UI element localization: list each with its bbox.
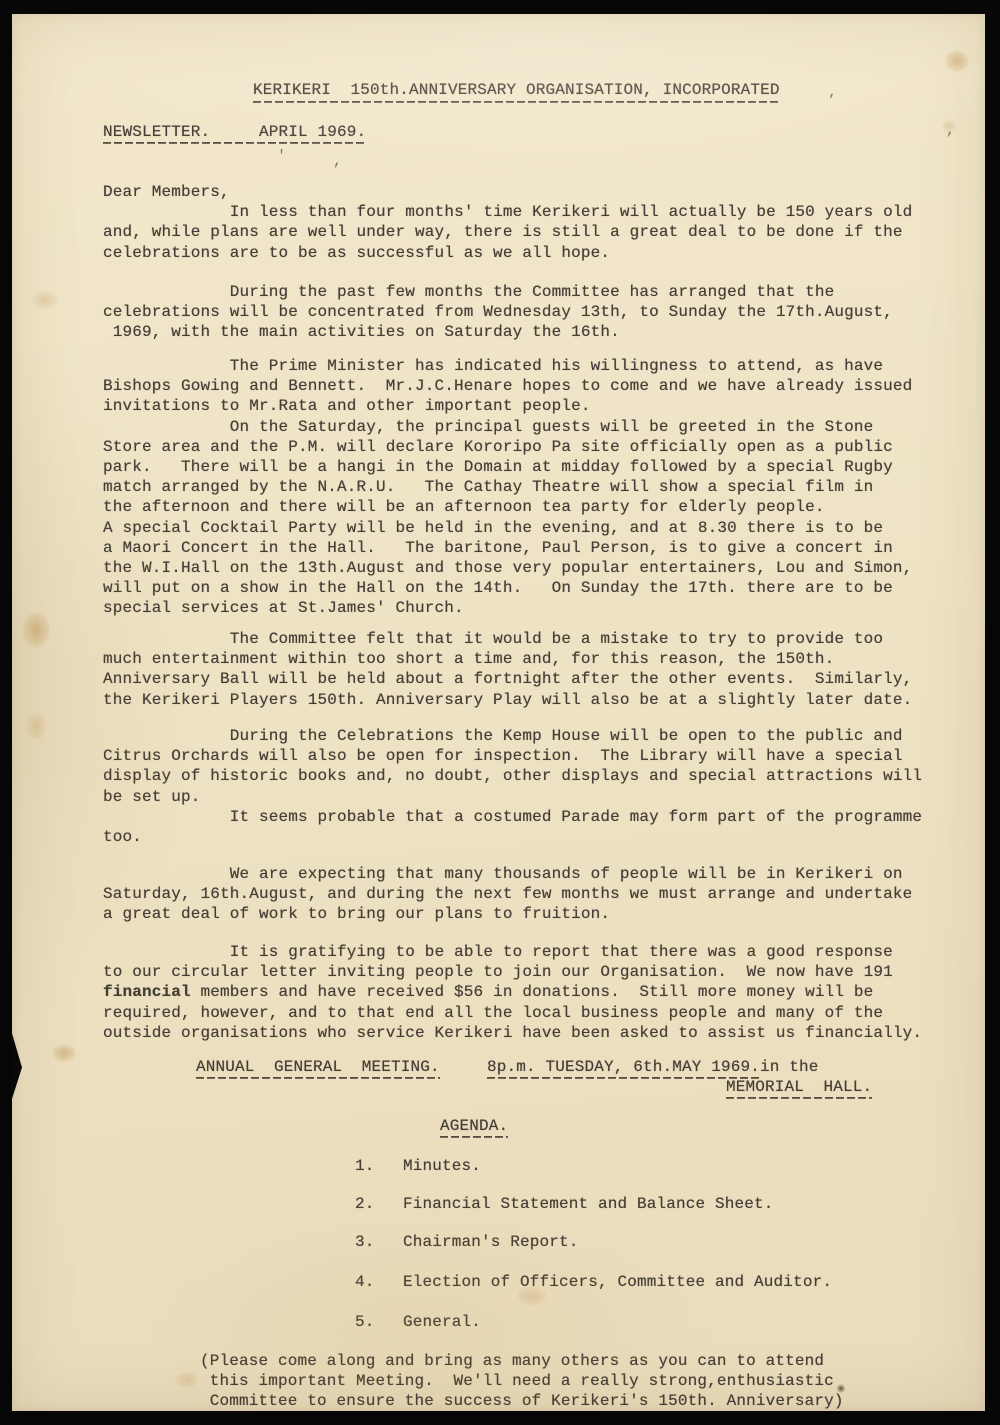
agenda-item-number: 2. — [355, 1194, 403, 1214]
agenda-item-text: Chairman's Report. — [403, 1232, 579, 1252]
stray-mark: ' — [277, 148, 286, 165]
document-title-line: KERIKERI 150th.ANNIVERSARY ORGANISATION,… — [103, 80, 969, 103]
foxing-stain — [22, 612, 50, 648]
agenda-item-general: 5.General. — [355, 1312, 481, 1332]
paper-sheet: KERIKERI 150th.ANNIVERSARY ORGANISATION,… — [12, 14, 985, 1411]
agenda-item-number: 1. — [355, 1156, 403, 1176]
paragraph-attractions-parade: During the Celebrations the Kemp House w… — [103, 726, 969, 847]
agenda-item-text: General. — [403, 1312, 481, 1332]
paper-edge-notch — [11, 1030, 22, 1102]
agenda-title: AGENDA. — [440, 1116, 508, 1136]
foxing-stain — [945, 50, 969, 72]
document-title: KERIKERI 150th.ANNIVERSARY ORGANISATION,… — [253, 80, 780, 103]
foxing-stain — [52, 1044, 76, 1062]
paragraph-guests-programme: The Prime Minister has indicated his wil… — [103, 356, 969, 619]
newsletter-date-line: NEWSLETTER. APRIL 1969. — [103, 122, 969, 142]
agenda-item-text: Minutes. — [403, 1156, 481, 1176]
agm-venue-text: MEMORIAL HALL. — [726, 1078, 872, 1099]
paragraph-salutation-intro: Dear Members, In less than four months' … — [103, 182, 969, 263]
agenda-item-elections: 4.Election of Officers, Committee and Au… — [355, 1272, 832, 1292]
agm-datetime: 8p.m. TUESDAY, 6th.MAY 1969.in the — [487, 1057, 819, 1077]
agm-time-text: 8p.m. TUESDAY, 6th.MAY 1969. — [487, 1058, 760, 1079]
foxing-stain — [32, 290, 58, 310]
membership-text-start: It is gratifying to be able to report th… — [103, 943, 893, 981]
foxing-stain — [26, 712, 46, 740]
agm-venue: MEMORIAL HALL. — [726, 1077, 872, 1097]
agenda-item-number: 4. — [355, 1272, 403, 1292]
agenda-item-chairmans-report: 3.Chairman's Report. — [355, 1232, 579, 1252]
newsletter-date-label: NEWSLETTER. APRIL 1969. — [103, 123, 366, 144]
paragraph-membership-finance: It is gratifying to be able to report th… — [103, 942, 969, 1043]
foxing-stain — [175, 1372, 199, 1388]
paragraph-expectations: We are expecting that many thousands of … — [103, 864, 969, 925]
agenda-item-minutes: 1.Minutes. — [355, 1156, 481, 1176]
agenda-item-number: 3. — [355, 1232, 403, 1252]
paragraph-dates: During the past few months the Committee… — [103, 282, 969, 343]
financial-emphasis: financial — [103, 983, 191, 1001]
agenda-item-financial-statement: 2.Financial Statement and Balance Sheet. — [355, 1194, 774, 1214]
agm-heading: ANNUAL GENERAL MEETING. — [196, 1057, 440, 1077]
scanned-newsletter-page: KERIKERI 150th.ANNIVERSARY ORGANISATION,… — [0, 0, 1000, 1425]
agenda-item-text: Financial Statement and Balance Sheet. — [403, 1194, 774, 1214]
agm-time-suffix: in the — [760, 1058, 819, 1076]
stray-mark: , — [333, 153, 342, 170]
closing-note: (Please come along and bring as many oth… — [200, 1351, 1000, 1412]
agenda-item-text: Election of Officers, Committee and Audi… — [403, 1272, 832, 1292]
agenda-item-number: 5. — [355, 1312, 403, 1332]
agenda-title-text: AGENDA. — [440, 1117, 508, 1138]
membership-text-end: members and have received $56 in donatio… — [103, 983, 922, 1041]
paragraph-ball-play: The Committee felt that it would be a mi… — [103, 629, 969, 710]
agm-heading-text: ANNUAL GENERAL MEETING. — [196, 1058, 440, 1079]
